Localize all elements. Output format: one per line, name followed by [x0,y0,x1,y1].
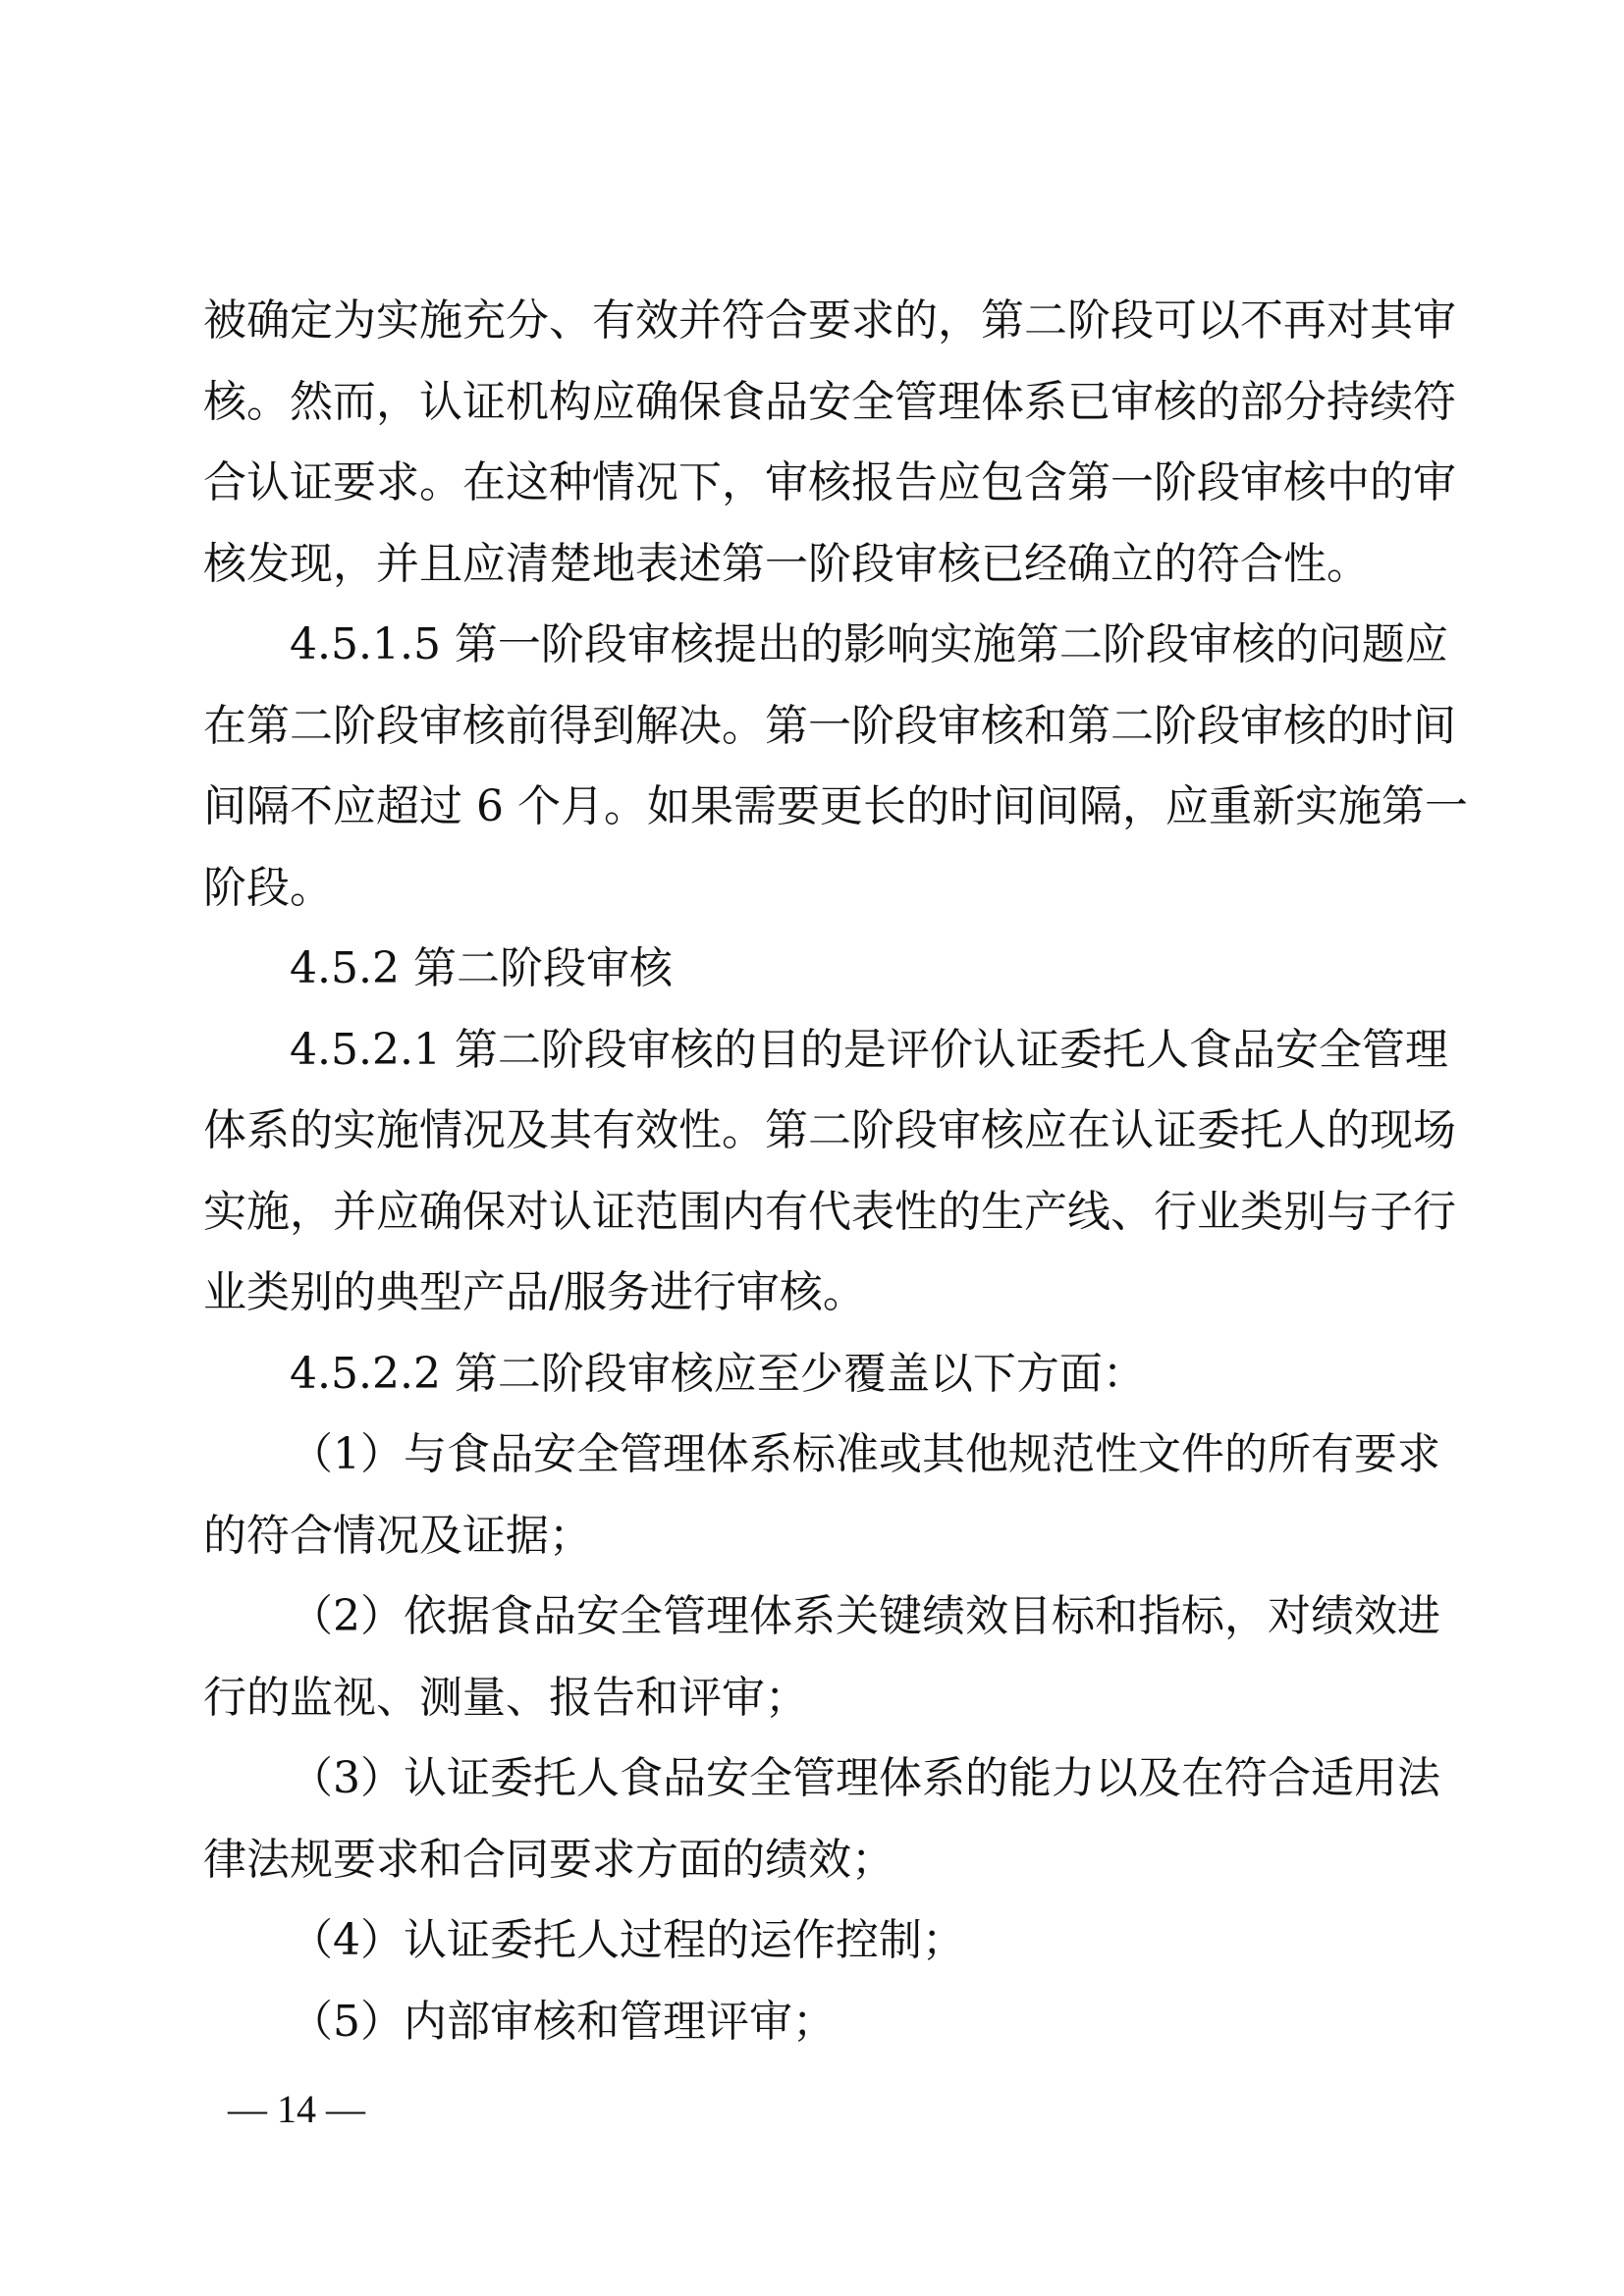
section-heading-4-5-2: 4.5.2 第二阶段审核 [290,939,1419,998]
page-number: — 14 — [228,2087,365,2132]
list-item-3-line: 律法规要求和合同要求方面的绩效； [203,1831,1419,1890]
paragraph-line: 被确定为实施充分、有效并符合要求的，第二阶段可以不再对其审 [203,292,1419,350]
clause-4-5-2-1-line: 业类别的典型产品/服务进行审核。 [203,1263,1419,1322]
clause-4-5-1-5-line: 在第二阶段审核前得到解决。第一阶段审核和第二阶段审核的时间 [203,697,1419,756]
clause-4-5-1-5-line: 间隔不应超过 6 个月。如果需要更长的时间间隔，应重新实施第一 [203,777,1419,836]
paragraph-line: 合认证要求。在这种情况下，审核报告应包含第一阶段审核中的审 [203,454,1419,512]
document-page: 被确定为实施充分、有效并符合要求的，第二阶段可以不再对其审 核。然而，认证机构应… [0,0,1624,2296]
list-item-3-line: （3）认证委托人食品安全管理体系的能力以及在符合适用法 [290,1749,1419,1808]
list-item-1-line: 的符合情况及证据； [203,1507,1419,1566]
list-item-2-line: （2）依据食品安全管理体系关键绩效目标和指标，对绩效进 [290,1587,1419,1646]
paragraph-line: 核发现，并且应清楚地表述第一阶段审核已经确立的符合性。 [203,535,1419,594]
clause-4-5-2-2-line: 4.5.2.2 第二阶段审核应至少覆盖以下方面： [290,1345,1419,1404]
list-item-4-line: （4）认证委托人过程的运作控制； [290,1911,1419,1970]
clause-4-5-1-5-line: 4.5.1.5 第一阶段审核提出的影响实施第二阶段审核的问题应 [290,615,1419,674]
clause-4-5-2-1-line: 实施，并应确保对认证范围内有代表性的生产线、行业类别与子行 [203,1183,1419,1242]
clause-4-5-2-1-line: 4.5.2.1 第二阶段审核的目的是评价认证委托人食品安全管理 [290,1021,1419,1080]
paragraph-line: 核。然而，认证机构应确保食品安全管理体系已审核的部分持续符 [203,373,1419,432]
list-item-1-line: （1）与食品安全管理体系标准或其他规范性文件的所有要求 [290,1425,1419,1484]
list-item-5-line: （5）内部审核和管理评审； [290,1993,1419,2052]
clause-4-5-1-5-line: 阶段。 [203,859,1419,918]
list-item-2-line: 行的监视、测量、报告和评审； [203,1669,1419,1728]
clause-4-5-2-1-line: 体系的实施情况及其有效性。第二阶段审核应在认证委托人的现场 [203,1101,1419,1160]
